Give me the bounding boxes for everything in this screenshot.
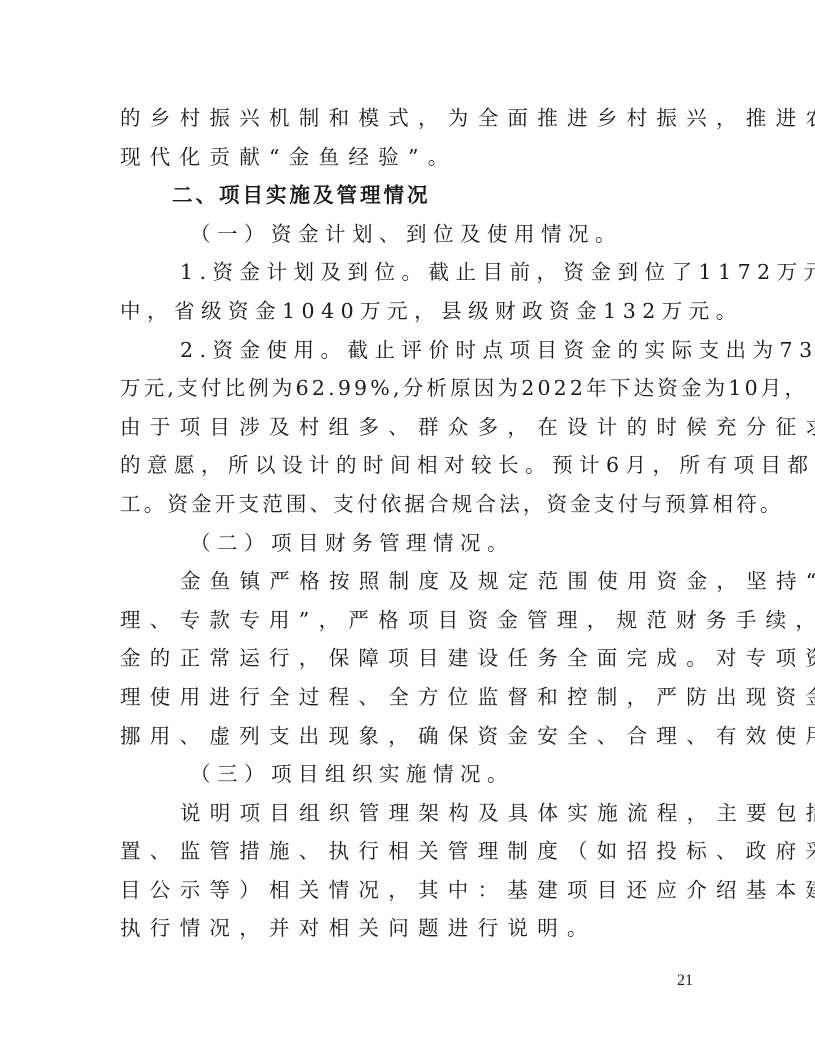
body-text-line: 理、专款专用”，严格项目资金管理，规范财务手续，规范资 [120,601,695,640]
body-text-line: 的意愿，所以设计的时间相对较长。预计6月，所有项目都能完 [120,446,695,485]
page-number: 21 [677,972,693,990]
body-text-line: 挪用、虚列支出现象，确保资金安全、合理、有效使用。 [120,717,695,756]
body-text-line: 工。资金开支范围、支付依据合规合法，资金支付与预算相符。 [120,485,695,524]
subsection-heading: （一）资金计划、到位及使用情况。 [120,215,695,254]
body-text-line: 的乡村振兴机制和模式，为全面推进乡村振兴，推进农业农村 [120,99,695,138]
body-text-line: 由于项目涉及村组多、群众多，在设计的时候充分征求了群众 [120,408,695,447]
paragraph-start: 2.资金使用。截止评价时点项目资金的实际支出为738.33 [120,331,695,370]
body-text-line: 执行情况，并对相关问题进行说明。 [120,909,695,948]
body-text-line: 置、监管措施、执行相关管理制度（如招投标、政府采购、项 [120,832,695,871]
body-text-line: 理使用进行全过程、全方位监督和控制，严防出现资金滞留、 [120,678,695,717]
body-text-line: 目公示等）相关情况，其中：基建项目还应介绍基本建设程序 [120,871,695,910]
section-heading: 二、项目实施及管理情况 [120,176,695,215]
paragraph-start: 说明项目组织管理架构及具体实施流程，主要包括机构设 [120,794,695,833]
body-text-line: 金的正常运行，保障项目建设任务全面完成。对专项资金的管 [120,639,695,678]
body-text-line: 万元,支付比例为62.99%,分析原因为2022年下达资金为10月， [120,369,695,408]
paragraph-start: 1.资金计划及到位。截止目前，资金到位了1172万元，其 [120,253,695,292]
subsection-heading: （三）项目组织实施情况。 [120,755,695,794]
body-text-line: 中，省级资金1040万元，县级财政资金132万元。 [120,292,695,331]
body-text-line: 现代化贡献“金鱼经验”。 [120,138,695,177]
subsection-heading: （二）项目财务管理情况。 [120,524,695,563]
paragraph-start: 金鱼镇严格按照制度及规定范围使用资金，坚持“专人管 [120,562,695,601]
document-page: 的乡村振兴机制和模式，为全面推进乡村振兴，推进农业农村 现代化贡献“金鱼经验”。… [120,99,695,948]
